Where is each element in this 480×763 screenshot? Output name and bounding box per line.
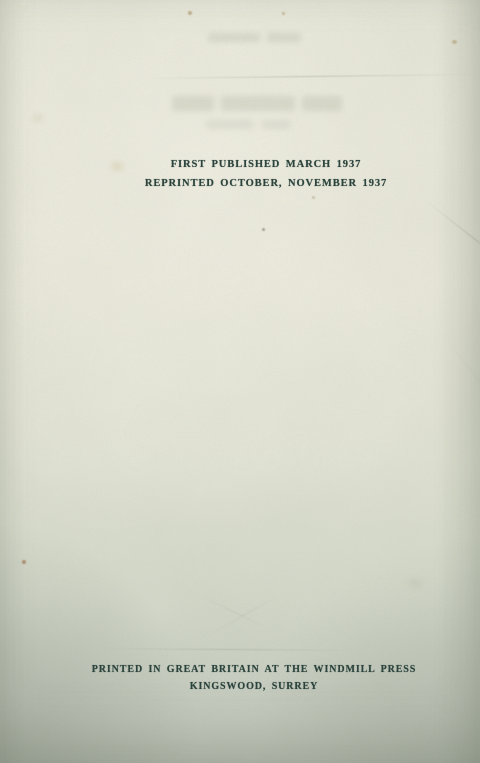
foxing-speck bbox=[262, 228, 265, 231]
show-through-ghost bbox=[208, 33, 301, 42]
paper-crease bbox=[200, 595, 271, 630]
colophon-line-2: KINGSWOOD, SURREY bbox=[14, 678, 480, 695]
publication-imprint: FIRST PUBLISHED MARCH 1937 REPRINTED OCT… bbox=[26, 155, 480, 193]
page-edge-vignette bbox=[0, 0, 480, 763]
foxing-speck bbox=[452, 40, 457, 44]
book-page: FIRST PUBLISHED MARCH 1937 REPRINTED OCT… bbox=[0, 0, 480, 763]
imprint-line-1: FIRST PUBLISHED MARCH 1937 bbox=[26, 155, 480, 174]
imprint-line-2: REPRINTED OCTOBER, NOVEMBER 1937 bbox=[26, 174, 480, 193]
foxing-speck bbox=[282, 12, 285, 15]
show-through-ghost bbox=[172, 96, 342, 111]
foxing-speck bbox=[188, 11, 192, 15]
paper-crease bbox=[211, 595, 280, 634]
paper-crease bbox=[426, 201, 480, 276]
paper-crease bbox=[140, 74, 480, 79]
foxing-speck bbox=[22, 560, 26, 564]
show-through-ghost bbox=[206, 120, 291, 129]
paper-crease bbox=[438, 329, 480, 448]
paper-crease bbox=[100, 648, 360, 651]
colophon-line-1: PRINTED IN GREAT BRITAIN AT THE WINDMILL… bbox=[14, 661, 480, 678]
paper-grain-texture bbox=[0, 0, 480, 763]
foxing-speck bbox=[312, 196, 315, 199]
foxing-stain bbox=[30, 112, 46, 124]
foxing-stain bbox=[404, 576, 426, 590]
printer-colophon: PRINTED IN GREAT BRITAIN AT THE WINDMILL… bbox=[14, 661, 480, 695]
